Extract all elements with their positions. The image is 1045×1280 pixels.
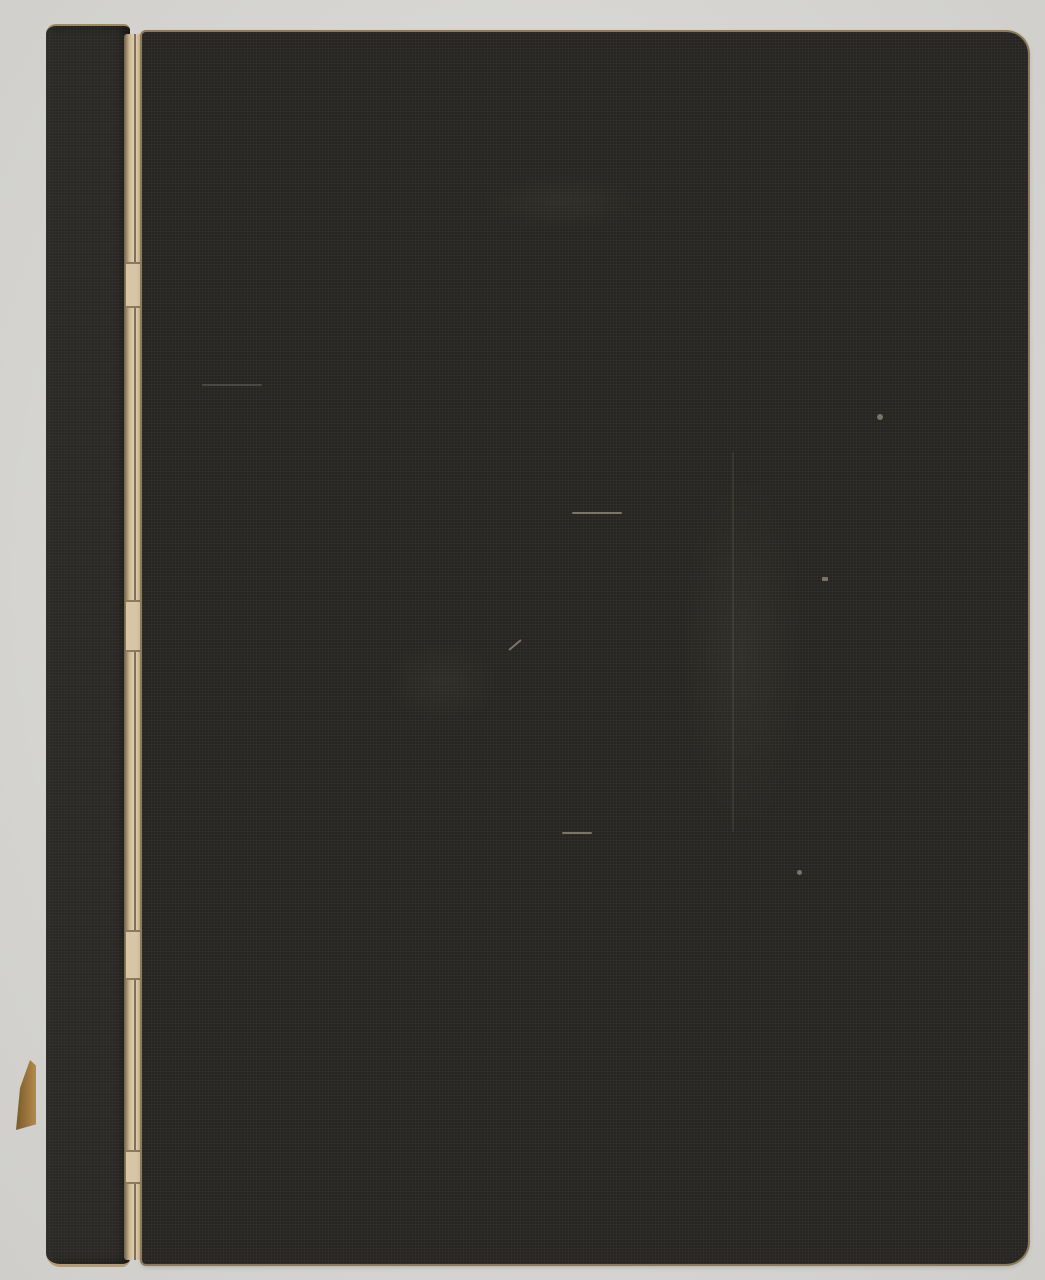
scuff-mark bbox=[732, 452, 734, 832]
scuff-mark bbox=[202, 384, 262, 386]
book-spine bbox=[46, 24, 130, 1267]
scuff-mark bbox=[562, 832, 592, 834]
scuff-mark bbox=[822, 577, 828, 581]
scuff-mark bbox=[797, 870, 802, 875]
book-front-cover bbox=[142, 32, 1028, 1264]
scuff-mark bbox=[572, 512, 622, 514]
scuff-mark bbox=[877, 414, 883, 420]
cover-wear bbox=[142, 32, 1028, 1264]
